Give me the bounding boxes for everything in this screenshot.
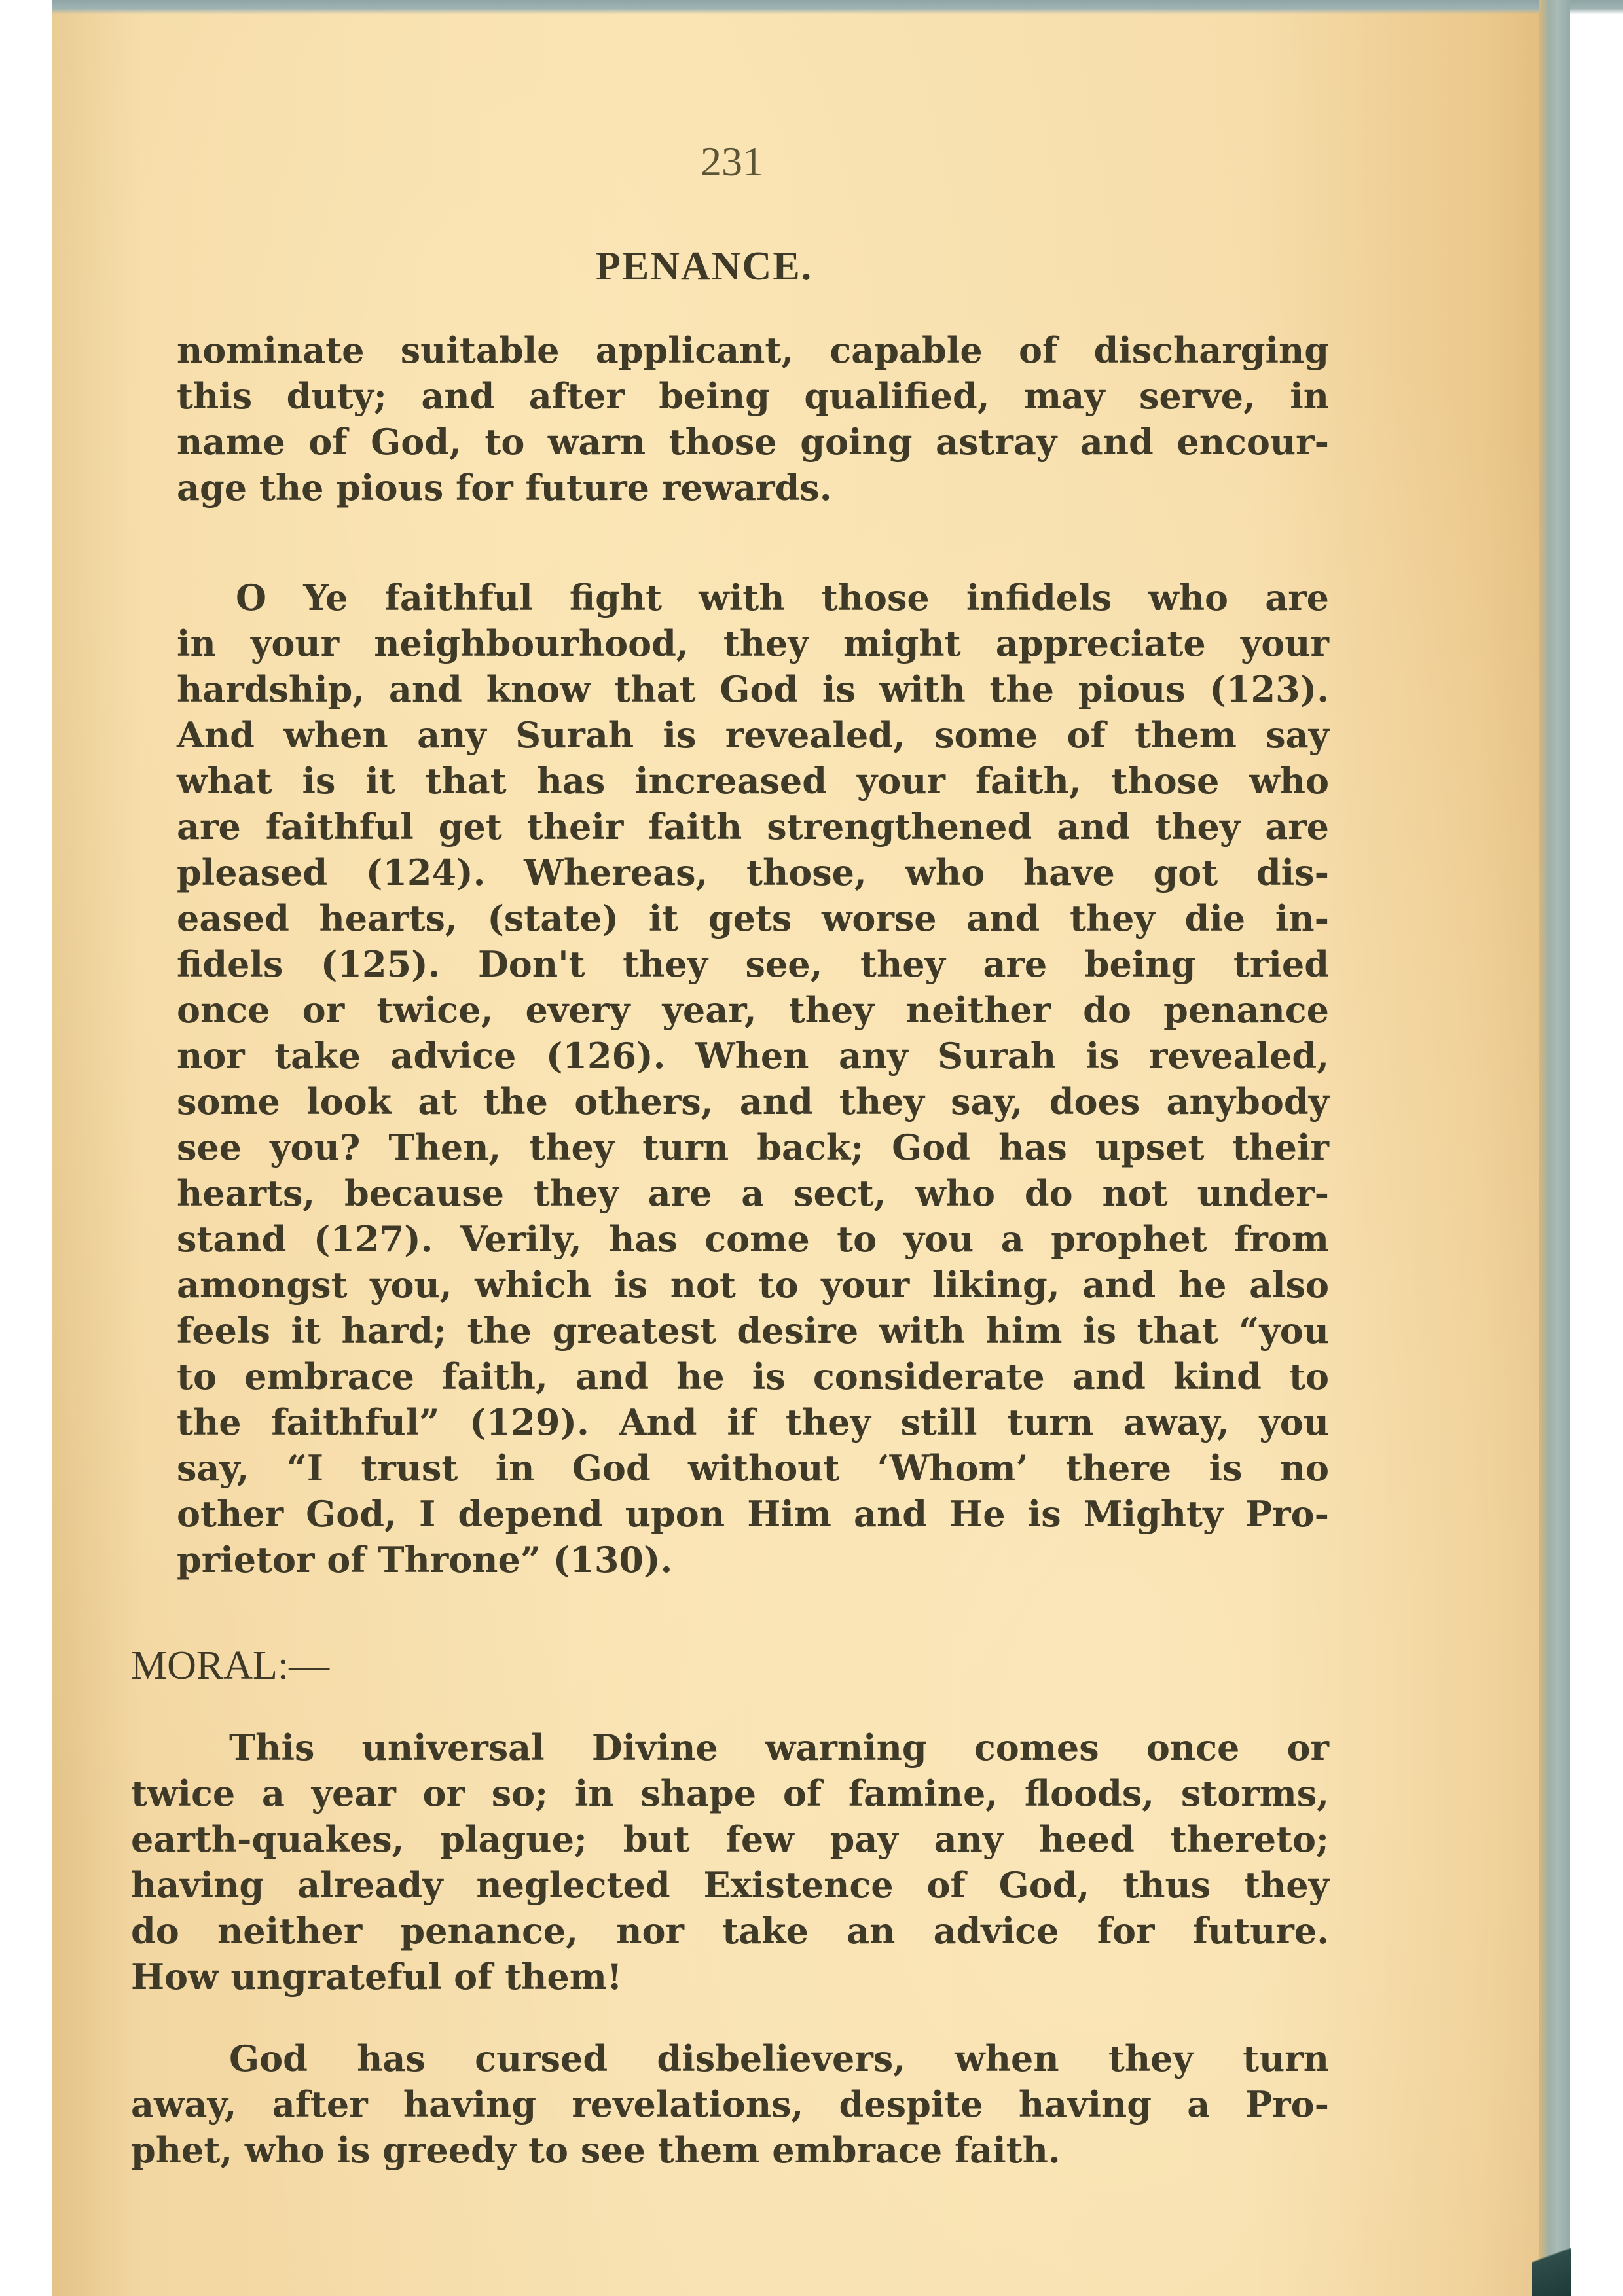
paragraph-closing: God has cursed disbelievers, when they t… (131, 2036, 1329, 2173)
text-line: earth-quakes, plague; but few pay any he… (131, 1816, 1329, 1862)
text-line: what is it that has increased your faith… (177, 758, 1329, 804)
text-line: phet, who is greedy to see them embrace … (131, 2127, 1329, 2173)
text-line: away, after having revelations, despite … (131, 2081, 1329, 2127)
text-line: pleased (124). Whereas, those, who have … (177, 850, 1329, 895)
text-line: eased hearts, (state) it gets worse and … (177, 895, 1329, 941)
text-line: to embrace faith, and he is considerate … (177, 1354, 1329, 1399)
text-line: O Ye faithful fight with those infidels … (177, 575, 1329, 620)
text-line: hardship, and know that God is with the … (177, 666, 1329, 712)
text-line: nor take advice (126). When any Surah is… (177, 1033, 1329, 1079)
paragraph-verses: O Ye faithful fight with those infidels … (177, 575, 1329, 1583)
text-line: name of God, to warn those going astray … (177, 419, 1329, 465)
text-line: age the pious for future rewards. (177, 465, 1329, 511)
chapter-title: PENANCE. (596, 243, 812, 290)
book-cover-corner (1532, 2212, 1571, 2296)
text-line: fidels (125). Don't they see, they are b… (177, 941, 1329, 987)
paragraph-continuation: nominate suitable applicant, capable of … (177, 327, 1329, 511)
paragraph-moral: This universal Divine warning comes once… (131, 1725, 1329, 2000)
text-line: once or twice, every year, they neither … (177, 987, 1329, 1033)
moral-heading: MORAL:— (131, 1643, 329, 1689)
page-right-edge (1539, 0, 1570, 2296)
page-number: 231 (701, 137, 763, 186)
text-line: This universal Divine warning comes once… (131, 1725, 1329, 1770)
text-line: How ungrateful of them! (131, 1954, 1329, 2000)
text-line: are faithful get their faith strengthene… (177, 804, 1329, 850)
text-line: twice a year or so; in shape of famine, … (131, 1770, 1329, 1816)
text-line: stand (127). Verily, has come to you a p… (177, 1216, 1329, 1262)
text-line: some look at the others, and they say, d… (177, 1079, 1329, 1124)
text-line: amongst you, which is not to your liking… (177, 1262, 1329, 1308)
text-line: feels it hard; the greatest desire with … (177, 1308, 1329, 1354)
text-line: in your neighbourhood, they might apprec… (177, 620, 1329, 666)
text-line: the faithful” (129). And if they still t… (177, 1399, 1329, 1445)
text-line: God has cursed disbelievers, when they t… (131, 2036, 1329, 2081)
text-line: say, “I trust in God without ‘Whom’ ther… (177, 1445, 1329, 1491)
text-line: prietor of Throne” (130). (177, 1537, 1329, 1583)
text-line: other God, I depend upon Him and He is M… (177, 1491, 1329, 1537)
text-line: do neither penance, nor take an advice f… (131, 1908, 1329, 1954)
page-top-edge (52, 0, 1623, 14)
text-line: this duty; and after being qualified, ma… (177, 373, 1329, 419)
text-line: nominate suitable applicant, capable of … (177, 327, 1329, 373)
text-line: having already neglected Existence of Go… (131, 1862, 1329, 1908)
text-line: see you? Then, they turn back; God has u… (177, 1124, 1329, 1170)
text-line: hearts, because they are a sect, who do … (177, 1170, 1329, 1216)
text-line: And when any Surah is revealed, some of … (177, 712, 1329, 758)
